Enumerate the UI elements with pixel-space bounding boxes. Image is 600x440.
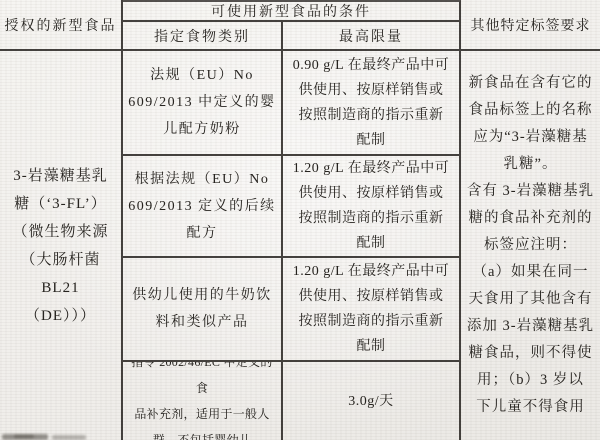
- header-other-labeling-requirements: 其他特定标签要求: [461, 0, 600, 51]
- cell-labeling-requirements: 新食品在含有它的 食品标签上的名称 应为“3-岩藻糖基 乳糖”。 含有 3-岩藻…: [461, 51, 600, 440]
- page-cut-off-text-smudge: [52, 435, 86, 440]
- scanned-regulation-document: 授权的新型食品 可使用新型食品的条件 指定食物类别 最高限量 其他特定标签要求 …: [0, 0, 600, 440]
- header-conditions-of-use: 可使用新型食品的条件: [123, 0, 461, 22]
- cell-limit-food-supplements: 3.0g/天: [283, 362, 461, 440]
- header-maximum-limit: 最高限量: [283, 22, 461, 51]
- header-specified-food-category: 指定食物类别: [123, 22, 283, 51]
- header-authorized-food: 授权的新型食品: [0, 0, 123, 51]
- cell-category-milk-drinks: 供幼儿使用的牛奶饮 料和类似产品: [123, 258, 283, 362]
- cell-authorized-food-name: 3-岩藻糖基乳 糖（‘3-FL’） （微生物来源 （大肠杆菌 BL21 （DE）…: [0, 51, 123, 440]
- cell-limit-follow-on-formula: 1.20 g/L 在最终产品中可 供使用、按原样销售或 按照制造商的指示重新 配…: [283, 156, 461, 258]
- cell-limit-milk-drinks: 1.20 g/L 在最终产品中可 供使用、按原样销售或 按照制造商的指示重新 配…: [283, 258, 461, 362]
- novel-food-conditions-table: 授权的新型食品 可使用新型食品的条件 指定食物类别 最高限量 其他特定标签要求 …: [0, 0, 600, 440]
- cell-limit-infant-formula: 0.90 g/L 在最终产品中可 供使用、按原样销售或 按照制造商的指示重新 配…: [283, 51, 461, 156]
- cell-category-follow-on-formula: 根据法规（EU）No 609/2013 定义的后续 配方: [123, 156, 283, 258]
- cell-category-food-supplements: 指令 2002/46/EC 中定义的食 品补充剂，适用于一般人 群，不包括婴幼儿: [123, 362, 283, 440]
- cell-category-infant-formula: 法规（EU）No 609/2013 中定义的婴 儿配方奶粉: [123, 51, 283, 156]
- page-cut-off-text-smudge: [14, 435, 34, 438]
